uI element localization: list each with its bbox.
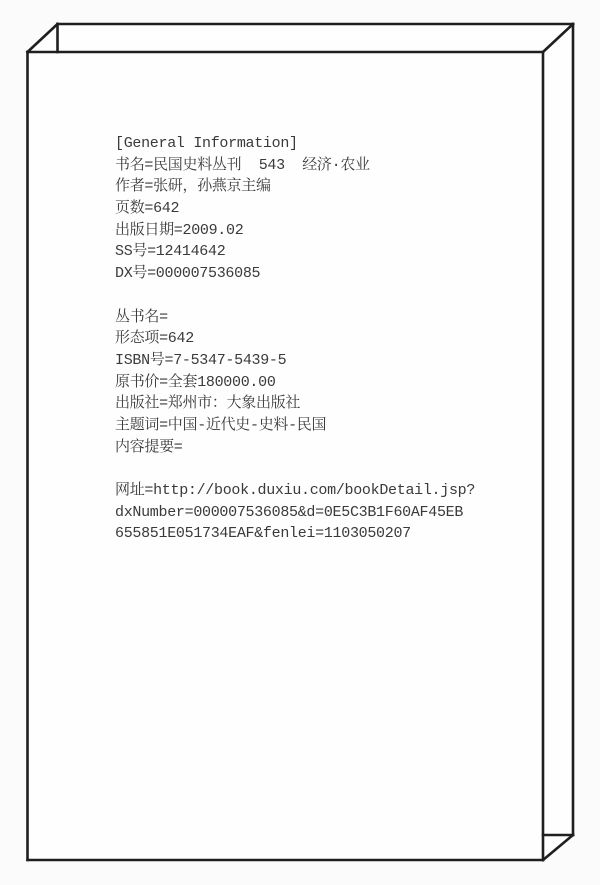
metadata-line: 内容提要= <box>115 437 535 459</box>
metadata-line: 形态项=642 <box>115 328 535 350</box>
metadata-line: 出版日期=2009.02 <box>115 220 535 242</box>
metadata-blank-line <box>115 285 535 307</box>
metadata-blank-line <box>115 458 535 480</box>
metadata-line: 出版社=郑州市：大象出版社 <box>115 393 535 415</box>
metadata-line: 原书价=全套180000.00 <box>115 372 535 394</box>
metadata-line: [General Information] <box>115 133 535 155</box>
metadata-line: 主题词=中国-近代史-史料-民国 <box>115 415 535 437</box>
scanned-book-info-page: [General Information]书名=民国史料丛刊 543 经济·农业… <box>0 0 600 885</box>
metadata-line: dxNumber=000007536085&d=0E5C3B1F60AF45EB <box>115 502 535 524</box>
metadata-line: 书名=民国史料丛刊 543 经济·农业 <box>115 155 535 177</box>
metadata-line: 丛书名= <box>115 307 535 329</box>
metadata-line: 655851E051734EAF&fenlei=1103050207 <box>115 523 535 545</box>
metadata-line: ISBN号=7-5347-5439-5 <box>115 350 535 372</box>
metadata-line: 网址=http://book.duxiu.com/bookDetail.jsp? <box>115 480 535 502</box>
metadata-line: 页数=642 <box>115 198 535 220</box>
metadata-line: 作者=张研，孙燕京主编 <box>115 176 535 198</box>
metadata-text-block: [General Information]书名=民国史料丛刊 543 经济·农业… <box>115 133 535 545</box>
metadata-line: DX号=000007536085 <box>115 263 535 285</box>
metadata-line: SS号=12414642 <box>115 241 535 263</box>
